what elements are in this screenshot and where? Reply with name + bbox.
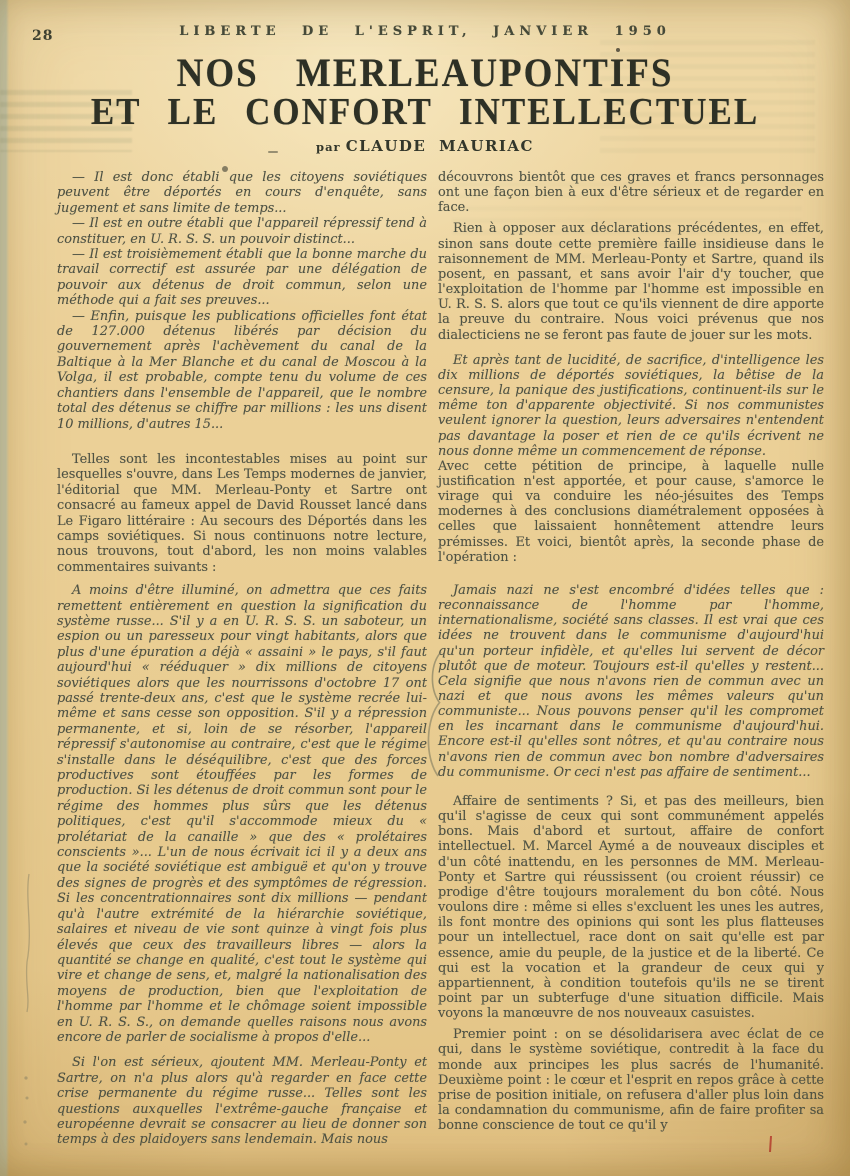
- paragraph: découvrons bientôt que ces graves et fra…: [438, 170, 824, 215]
- magazine-page: 28 LIBERTE DE L'ESPRIT, JANVIER 1950 NOS…: [0, 0, 850, 1176]
- paragraph: A moins d'être illuminé, on admettra que…: [57, 583, 427, 1045]
- paragraph: — Il est troisièmement établi que la bon…: [57, 247, 427, 309]
- paragraph: Rien à opposer aux déclarations précéden…: [438, 221, 824, 342]
- paragraph: — Il est en outre établi que l'appareil …: [57, 216, 427, 247]
- paragraph: Jamais nazi ne s'est encombré d'idées te…: [438, 583, 824, 780]
- byline-prefix: par: [316, 140, 341, 154]
- red-pen-tick: [766, 1134, 776, 1156]
- paragraph: — Enfin, puisque les publications offici…: [57, 309, 427, 432]
- paragraph: Avec cette pétition de principe, à laque…: [438, 459, 824, 565]
- pen-mark-dots: [20, 1072, 32, 1162]
- paragraph: Affaire de sentiments ? Si, et pas des m…: [438, 794, 824, 1021]
- byline: par CLAUDE MAURIAC: [0, 136, 850, 155]
- right-column: découvrons bientôt que ces graves et fra…: [438, 170, 824, 1133]
- article-title-line2: ET LE CONFORT INTELLECTUEL: [0, 90, 850, 133]
- journal-header: LIBERTE DE L'ESPRIT, JANVIER 1950: [0, 24, 850, 39]
- paragraph: Et après tant de lucidité, de sacrifice,…: [438, 353, 824, 459]
- paragraph: — Il est donc établi que les citoyens so…: [57, 170, 427, 216]
- paragraph: Premier point : on se désolidarisera ave…: [438, 1027, 824, 1133]
- left-column: — Il est donc établi que les citoyens so…: [57, 170, 427, 1148]
- author-name: CLAUDE MAURIAC: [346, 137, 534, 155]
- paragraph: Telles sont les incontestables mises au …: [57, 452, 427, 575]
- pen-mark-vertical-line: [22, 872, 36, 1014]
- paragraph: Si l'on est sérieux, ajoutent MM. Merlea…: [57, 1055, 427, 1147]
